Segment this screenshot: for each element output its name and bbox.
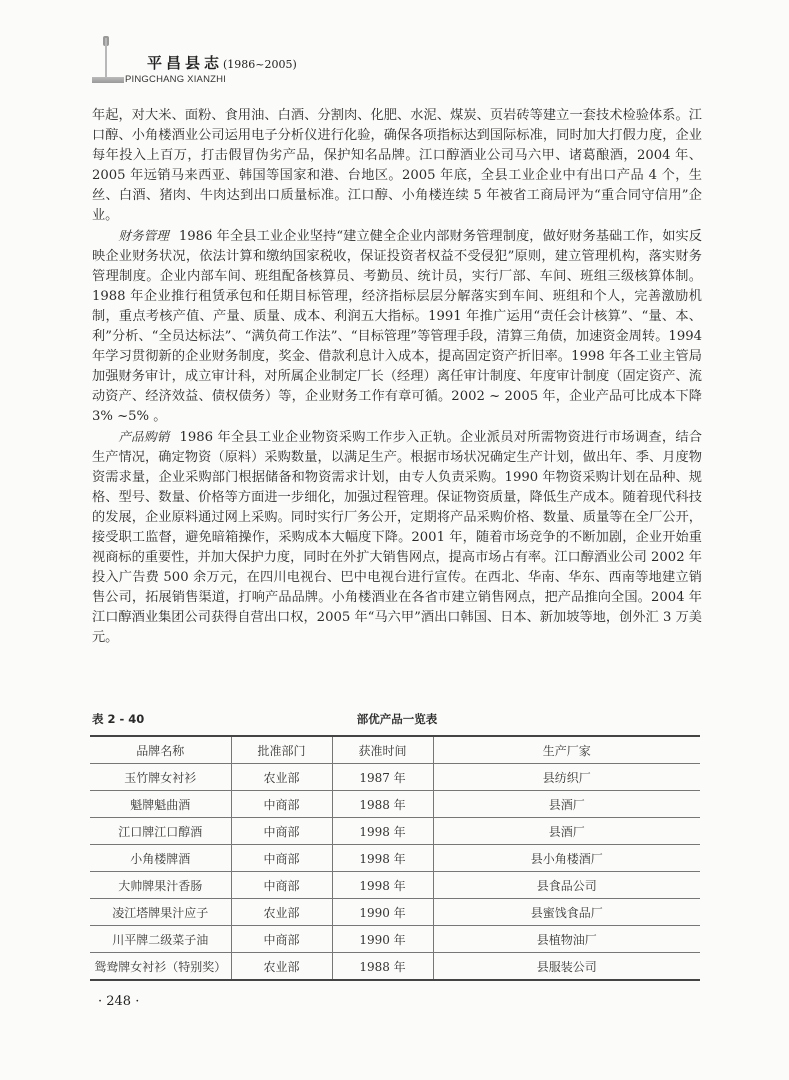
- cell-manufacturer: 县酒厂: [433, 791, 700, 818]
- cell-manufacturer: 县纺织厂: [433, 764, 700, 791]
- column-header-brand: 品牌名称: [90, 736, 231, 764]
- section-keyword-procurement: 产品购销: [118, 429, 169, 444]
- paragraph-text: 1986 年全县工业企业坚持“建立健全企业内部财务管理制度，做好财务基础工作，如…: [92, 229, 702, 424]
- table-row: 凌江塔牌果汁应子 农业部 1990 年 县蜜饯食品厂: [90, 899, 700, 926]
- logo-pole: [105, 38, 107, 78]
- table-row: 大帅牌果汁香肠 中商部 1998 年 县食品公司: [90, 872, 700, 899]
- cell-department: 农业部: [231, 899, 332, 926]
- table-row: 鸳鸯牌女衬衫（特别奖） 农业部 1988 年 县服装公司: [90, 953, 700, 981]
- table-row: 魁牌魁曲酒 中商部 1988 年 县酒厂: [90, 791, 700, 818]
- award-products-table: 品牌名称 批准部门 获准时间 生产厂家 玉竹牌女衬衫 农业部 1987 年 县纺…: [90, 735, 700, 981]
- cell-brand: 江口牌江口醇酒: [90, 818, 231, 845]
- section-keyword-finance: 财务管理: [118, 228, 168, 243]
- cell-date: 1988 年: [332, 791, 433, 818]
- cell-date: 1998 年: [332, 818, 433, 845]
- cell-date: 1988 年: [332, 953, 433, 981]
- cell-department: 农业部: [231, 953, 332, 981]
- cell-brand: 魁牌魁曲酒: [90, 791, 231, 818]
- cell-brand: 小角楼牌酒: [90, 845, 231, 872]
- table-row: 川平牌二级菜子油 中商部 1990 年 县植物油厂: [90, 926, 700, 953]
- body-text: 年起，对大米、面粉、食用油、白酒、分割肉、化肥、水泥、煤炭、页岩砖等建立一套技术…: [92, 106, 702, 648]
- cell-date: 1987 年: [332, 764, 433, 791]
- cell-manufacturer: 县酒厂: [433, 818, 700, 845]
- paragraph-text: 1986 年全县工业企业物资采购工作步入正轨。企业派员对所需物资进行市场调查，结…: [92, 430, 702, 645]
- paragraph-procurement-sales: 产品购销1986 年全县工业企业物资采购工作步入正轨。企业派员对所需物资进行市场…: [92, 427, 702, 648]
- cell-manufacturer: 县服装公司: [433, 953, 700, 981]
- column-header-date: 获准时间: [332, 736, 433, 764]
- cell-brand: 玉竹牌女衬衫: [90, 764, 231, 791]
- cell-department: 中商部: [231, 872, 332, 899]
- cell-manufacturer: 县小角楼酒厂: [433, 845, 700, 872]
- running-header: 平昌县志(1986~2005) PINGCHANG XIANZHI: [92, 30, 392, 90]
- book-title-text: 平昌县志: [147, 54, 223, 72]
- cell-brand: 大帅牌果汁香肠: [90, 872, 231, 899]
- book-years: (1986~2005): [223, 58, 297, 71]
- cell-date: 1998 年: [332, 845, 433, 872]
- cell-brand: 川平牌二级菜子油: [90, 926, 231, 953]
- cell-department: 中商部: [231, 791, 332, 818]
- table-caption: 表 2 - 40 部优产品一览表: [92, 711, 702, 729]
- table-header-row: 品牌名称 批准部门 获准时间 生产厂家: [90, 736, 700, 764]
- column-header-manufacturer: 生产厂家: [433, 736, 700, 764]
- page-number: · 248 ·: [98, 994, 139, 1009]
- cell-date: 1990 年: [332, 899, 433, 926]
- logo-base: [92, 77, 124, 83]
- cell-date: 1990 年: [332, 926, 433, 953]
- book-title: 平昌县志(1986~2005): [147, 52, 297, 73]
- cell-manufacturer: 县食品公司: [433, 872, 700, 899]
- cell-department: 中商部: [231, 926, 332, 953]
- table-row: 小角楼牌酒 中商部 1998 年 县小角楼酒厂: [90, 845, 700, 872]
- table-title: 部优产品一览表: [92, 711, 702, 727]
- cell-department: 中商部: [231, 818, 332, 845]
- table-row: 江口牌江口醇酒 中商部 1998 年 县酒厂: [90, 818, 700, 845]
- table-row: 玉竹牌女衬衫 农业部 1987 年 县纺织厂: [90, 764, 700, 791]
- column-header-department: 批准部门: [231, 736, 332, 764]
- cell-manufacturer: 县蜜饯食品厂: [433, 899, 700, 926]
- paragraph-quality-control: 年起，对大米、面粉、食用油、白酒、分割肉、化肥、水泥、煤炭、页岩砖等建立一套技术…: [92, 106, 702, 226]
- cell-date: 1998 年: [332, 872, 433, 899]
- book-subtitle: PINGCHANG XIANZHI: [125, 74, 226, 85]
- cell-brand: 凌江塔牌果汁应子: [90, 899, 231, 926]
- cell-brand: 鸳鸯牌女衬衫（特别奖）: [90, 953, 231, 981]
- cell-manufacturer: 县植物油厂: [433, 926, 700, 953]
- cell-department: 中商部: [231, 845, 332, 872]
- cell-department: 农业部: [231, 764, 332, 791]
- paragraph-financial-management: 财务管理1986 年全县工业企业坚持“建立健全企业内部财务管理制度，做好财务基础…: [92, 226, 702, 427]
